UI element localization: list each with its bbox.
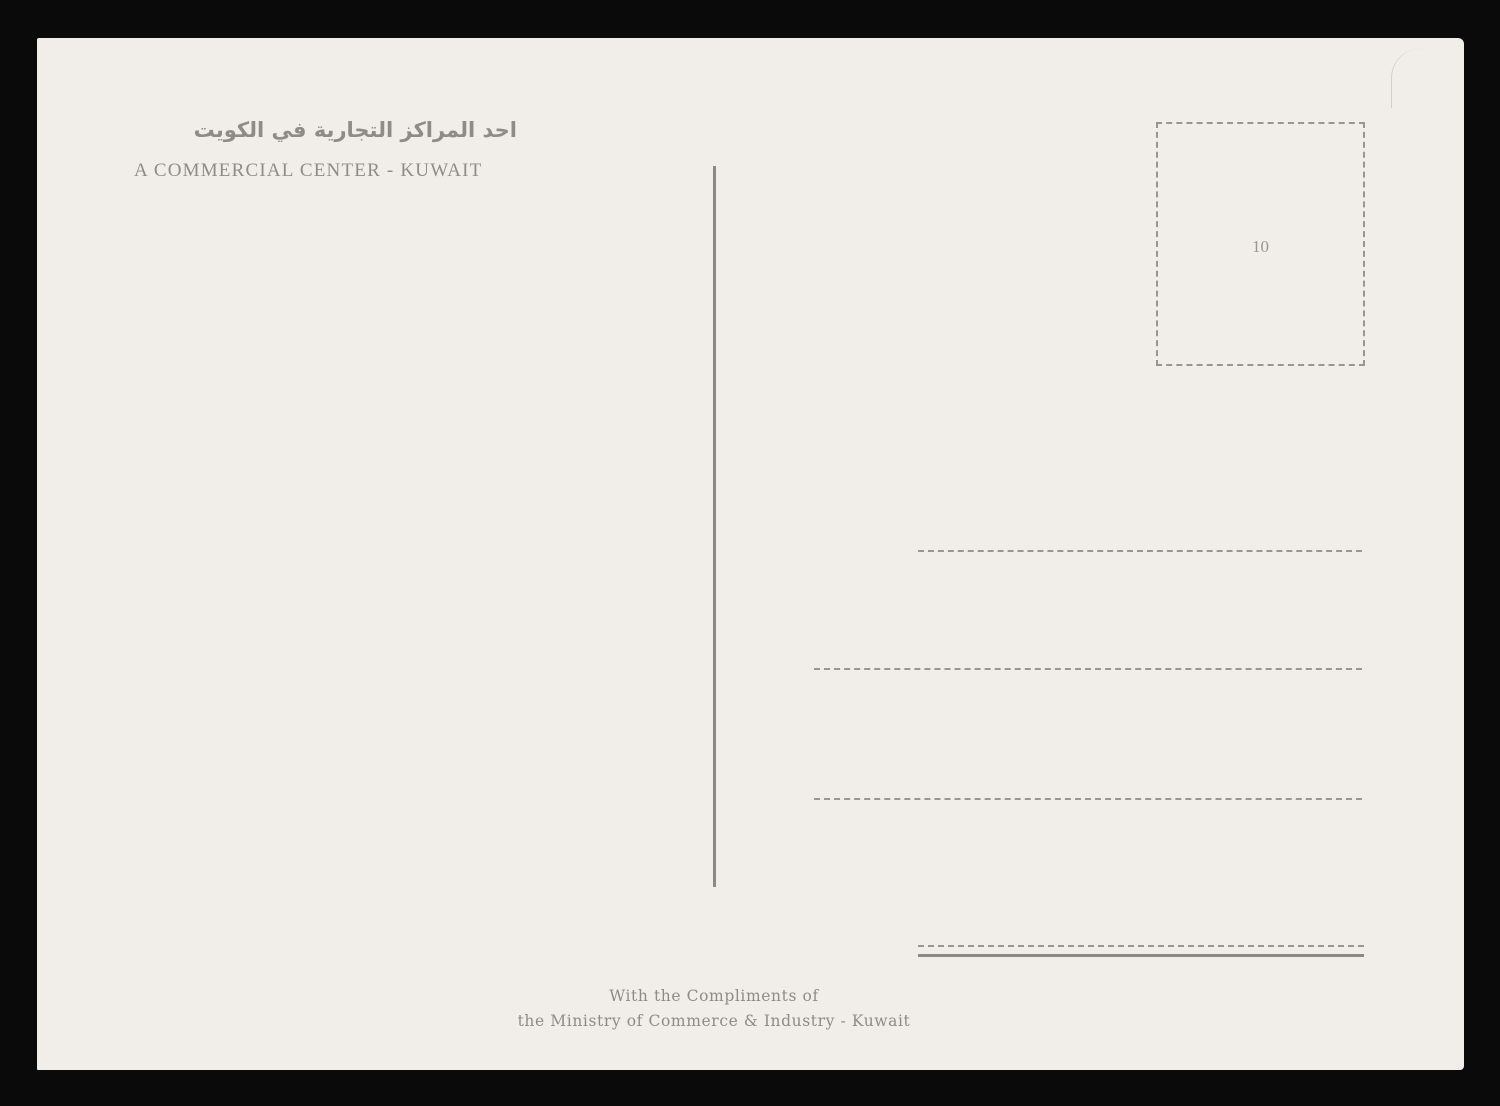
footer-line-1: With the Compliments of bbox=[470, 987, 958, 1005]
address-line-1 bbox=[918, 550, 1362, 552]
address-underline bbox=[918, 954, 1364, 957]
address-line-3 bbox=[814, 798, 1362, 800]
center-divider bbox=[713, 166, 716, 887]
address-line-4 bbox=[918, 945, 1364, 947]
caption-arabic: احد المراكز التجارية في الكويت bbox=[125, 118, 517, 142]
caption-english: A COMMERCIAL CENTER - KUWAIT bbox=[134, 160, 483, 182]
pencil-mark bbox=[1391, 48, 1452, 108]
footer-line-2: the Ministry of Commerce & Industry - Ku… bbox=[470, 1012, 958, 1030]
stamp-value: 10 bbox=[1158, 237, 1363, 257]
address-line-2 bbox=[814, 668, 1362, 670]
stamp-box: 10 bbox=[1156, 122, 1365, 366]
